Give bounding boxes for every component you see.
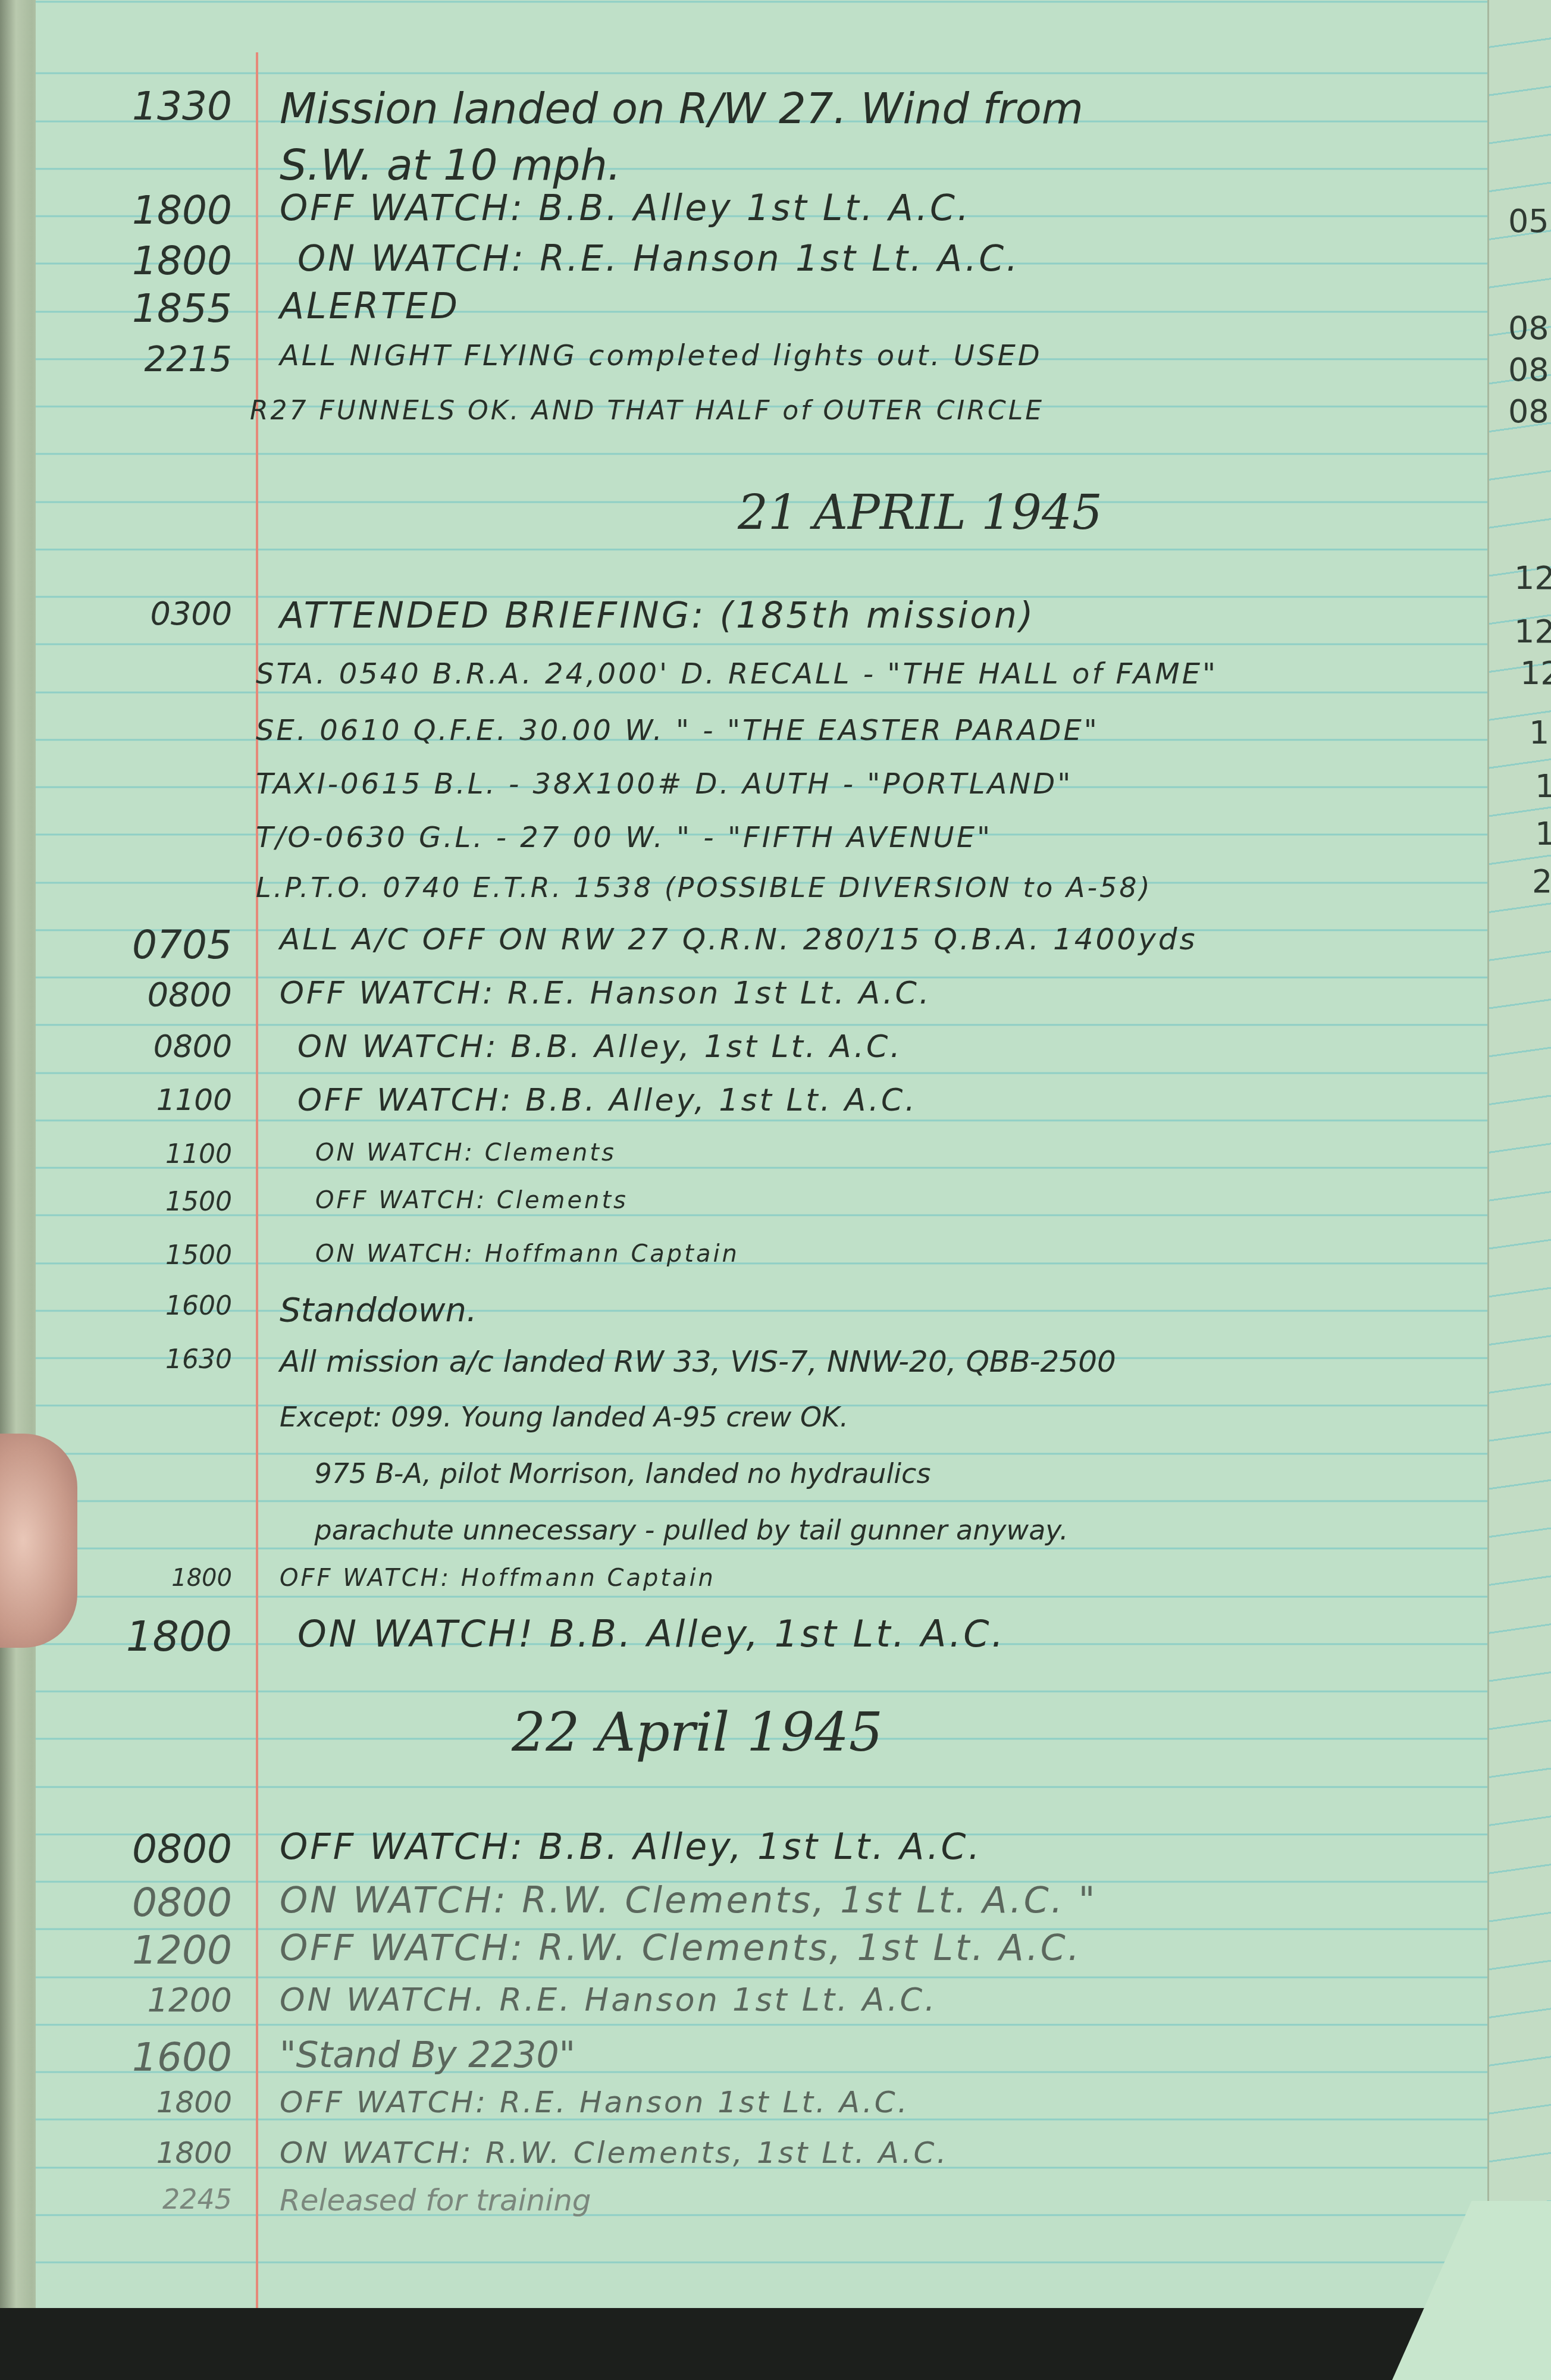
entry-time: 1200 [77, 1927, 232, 1973]
adjacent-page-time: 08 [1508, 351, 1549, 388]
entry-time: 0800 [77, 1880, 232, 1926]
entry-text: OFF WATCH: R.E. Hanson 1st Lt. A.C. [280, 2085, 910, 2119]
entry-text: R27 FUNNELS OK. AND THAT HALF of OUTER C… [250, 396, 1044, 426]
entry-text: ALL A/C OFF ON RW 27 Q.R.N. 280/15 Q.B.A… [280, 922, 1198, 957]
entry-text: S.W. at 10 mph. [280, 140, 621, 190]
entry-text: OFF WATCH: Hoffmann Captain [280, 1564, 716, 1592]
entry-time: 1800 [77, 2085, 232, 2119]
entry-text: ALL NIGHT FLYING completed lights out. U… [280, 339, 1042, 372]
adjacent-page-time: 1 [1535, 767, 1551, 805]
entry-time: 1630 [77, 1344, 232, 1375]
entry-time: 0800 [77, 1826, 232, 1872]
date-heading: 21 APRIL 1945 [738, 485, 1102, 540]
entry-time: 1800 [77, 2136, 232, 2170]
entry-text: OFF WATCH: B.B. Alley, 1st Lt. A.C. [280, 1826, 982, 1868]
entry-text: ON WATCH! B.B. Alley, 1st Lt. A.C. [297, 1612, 1005, 1655]
entry-time: 1200 [77, 1981, 232, 2020]
adjacent-page-time: 12 [1514, 559, 1551, 597]
entry-time: 2215 [77, 339, 232, 380]
entry-text: "Stand By 2230" [280, 2034, 575, 2076]
entry-time: 0800 [77, 976, 232, 1014]
entry-text: 975 B-A, pilot Morrison, landed no hydra… [280, 1457, 930, 1490]
entry-time: 1100 [77, 1139, 232, 1169]
entry-text: Except: 099. Young landed A-95 crew OK. [280, 1401, 848, 1433]
adjacent-page-time: 08 [1508, 309, 1549, 347]
entry-text: Mission landed on R/W 27. Wind from [280, 83, 1083, 133]
entry-time: 0300 [77, 595, 232, 632]
entry-text: ALERTED [280, 286, 460, 327]
entry-text: ON WATCH: R.W. Clements, 1st Lt. A.C. [280, 2136, 948, 2170]
entry-text: OFF WATCH: R.E. Hanson 1st Lt. A.C. [280, 976, 931, 1011]
entry-text: L.P.T.O. 0740 E.T.R. 1538 (POSSIBLE DIVE… [256, 871, 1152, 904]
entry-text: ATTENDED BRIEFING: (185th mission) [280, 595, 1036, 636]
entry-text: OFF WATCH: R.W. Clements, 1st Lt. A.C. [280, 1927, 1082, 1969]
entry-text: ON WATCH. R.E. Hanson 1st Lt. A.C. [280, 1981, 937, 2018]
entry-text: TAXI-0615 B.L. - 38X100# D. AUTH - "PORT… [256, 767, 1073, 801]
entry-text: STA. 0540 B.R.A. 24,000' D. RECALL - "TH… [256, 657, 1218, 691]
entry-text: OFF WATCH: Clements [315, 1187, 628, 1214]
adjacent-page-time: 1 [1535, 815, 1551, 852]
entry-time: 1855 [77, 286, 232, 331]
entry-text: OFF WATCH: B.B. Alley, 1st Lt. A.C. [297, 1083, 917, 1118]
logbook-page: 1330 Mission landed on R/W 27. Wind from… [36, 0, 1487, 2308]
entry-text: OFF WATCH: B.B. Alley 1st Lt. A.C. [280, 187, 971, 229]
entry-time: 1500 [77, 1187, 232, 1217]
adjacent-page-time: 2 [1532, 863, 1551, 900]
entry-time: 1330 [77, 83, 232, 129]
entry-time: 2245 [77, 2183, 232, 2215]
adjacent-page-time: 1 [1529, 714, 1549, 751]
entry-text: ON WATCH: Clements [315, 1139, 616, 1167]
adjacent-page-time: 08 [1508, 393, 1549, 430]
date-heading: 22 April 1945 [512, 1701, 883, 1764]
entry-time: 0800 [77, 1029, 232, 1065]
entry-text: Standdown. [280, 1291, 477, 1329]
entry-text: SE. 0610 Q.F.E. 30.00 W. " - "THE EASTER… [256, 714, 1099, 747]
entry-time: 1800 [77, 1612, 232, 1661]
entry-time: 1600 [77, 1291, 232, 1321]
entry-text: parachute unnecessary - pulled by tail g… [280, 1514, 1069, 1546]
entry-time: 1800 [77, 187, 232, 233]
entry-time: 1100 [77, 1083, 232, 1117]
entry-text: Released for training [280, 2183, 591, 2218]
holding-thumb [0, 1434, 77, 1648]
entry-time: 1600 [77, 2034, 232, 2080]
adjacent-page-time: 12 [1520, 654, 1551, 692]
entry-time: 0705 [77, 922, 232, 968]
entry-time: 1800 [77, 238, 232, 284]
entry-text: ON WATCH: R.E. Hanson 1st Lt. A.C. [297, 238, 1020, 280]
adjacent-page-time: 12 [1514, 613, 1551, 650]
entry-text: All mission a/c landed RW 33, VIS-7, NNW… [280, 1344, 1116, 1379]
entry-time: 1800 [77, 1564, 232, 1592]
entry-text: ON WATCH: B.B. Alley, 1st Lt. A.C. [297, 1029, 903, 1065]
adjacent-page-time: 05 [1508, 202, 1549, 240]
entry-text: T/O-0630 G.L. - 27 00 W. " - "FIFTH AVEN… [256, 821, 992, 854]
entry-time: 1500 [77, 1240, 232, 1271]
page-bottom-shadow [0, 2308, 1551, 2380]
entry-text: ON WATCH: Hoffmann Captain [315, 1240, 740, 1268]
entry-text: ON WATCH: R.W. Clements, 1st Lt. A.C. " [280, 1880, 1097, 1921]
